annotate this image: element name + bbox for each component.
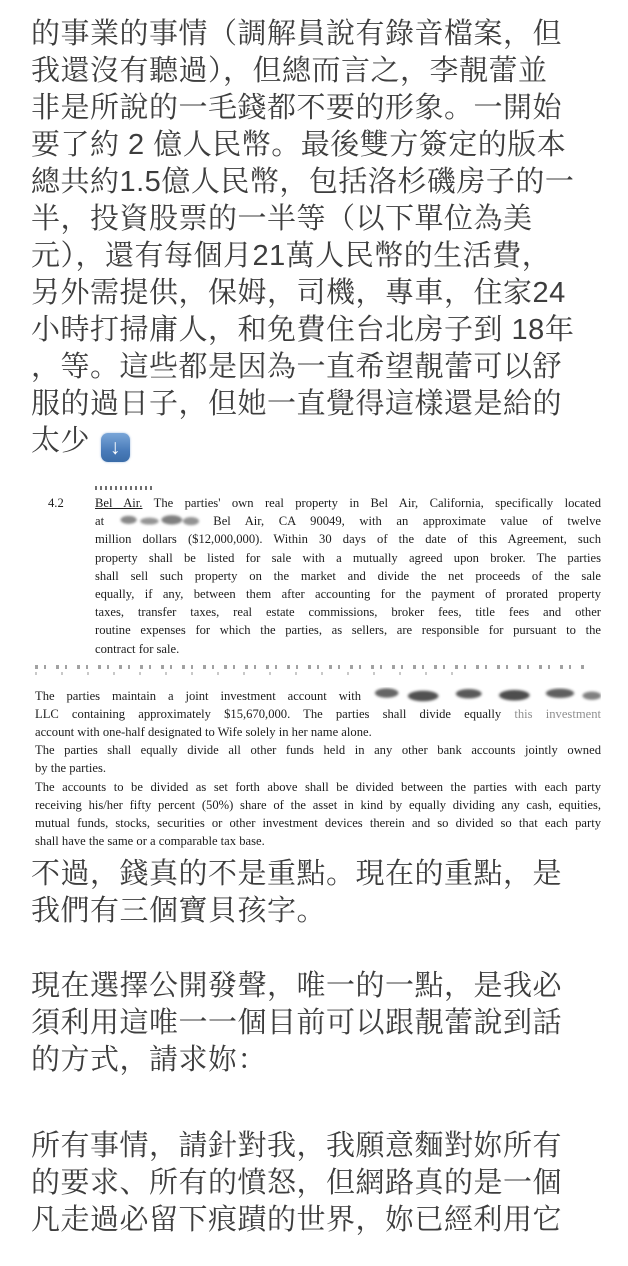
redacted-institution-blur	[373, 687, 601, 702]
doc-line-text-faded: this investment	[514, 707, 601, 721]
cropped-text-artifact-top	[95, 486, 155, 490]
doc-line: taxes, transfer taxes, real estate commi…	[95, 603, 601, 621]
clause-4-2-bel-air: 4.2 Bel Air. The parties' own real prope…	[95, 494, 601, 658]
doc-line: million dollars ($12,000,000). Within 30…	[95, 530, 601, 548]
post-paragraph-money-text: 的事業的事情（調解員說有錄音檔案，但 我還沒有聽過），但總而言之，李靚蕾並 非是…	[31, 18, 574, 457]
cropped-text-artifact-faint	[35, 672, 455, 675]
doc-line: equally, if any, between them after acco…	[95, 585, 601, 603]
doc-line-text: The parties maintain a joint investment …	[35, 689, 361, 703]
doc-line: property shall be listed for sale with a…	[95, 549, 601, 567]
cropped-text-artifact-middle	[35, 665, 590, 669]
clause-number: 4.2	[48, 494, 64, 512]
clause-investment-accounts: The parties maintain a joint investment …	[35, 687, 601, 851]
doc-line-text: at	[95, 514, 119, 528]
doc-line: routine expenses for which the parties, …	[95, 621, 601, 639]
doc-line-text: The parties' own real property in Bel Ai…	[142, 496, 601, 510]
doc-line-text: LLC containing approximately $15,670,000…	[35, 707, 514, 721]
doc-line: account with one-half designated to Wife…	[35, 723, 601, 741]
post-paragraph-point: 不過，錢真的不是重點。現在的重點，是 我們有三個寶貝孩字。	[31, 856, 606, 930]
post-paragraph-public: 現在選擇公開發聲，唯一的一點，是我必 須利用這唯一一個目前可以跟靚蕾說到話 的方…	[31, 968, 606, 1079]
down-arrow-glyph: ↓	[110, 437, 121, 458]
doc-line: The parties maintain a joint investment …	[35, 687, 601, 705]
post-paragraph-money: 的事業的事情（調解員說有錄音檔案，但 我還沒有聽過），但總而言之，李靚蕾並 非是…	[31, 0, 606, 462]
doc-line: shall have the same or a comparable tax …	[35, 832, 601, 850]
redacted-address-blur	[119, 514, 199, 527]
clause-heading: Bel Air.	[95, 496, 142, 510]
doc-line: contract for sale.	[95, 640, 601, 658]
down-arrow-emoji: ↓	[101, 433, 130, 462]
doc-line: by the parties.	[35, 759, 601, 777]
doc-line-text: Bel Air, CA 90049, with an approximate v…	[199, 514, 601, 528]
legal-document-excerpt: 4.2 Bel Air. The parties' own real prope…	[35, 486, 605, 850]
doc-line: The accounts to be divided as set forth …	[35, 778, 601, 796]
doc-line: receiving his/her fifty percent (50%) sh…	[35, 796, 601, 814]
doc-line: The parties shall equally divide all oth…	[35, 741, 601, 759]
doc-line: LLC containing approximately $15,670,000…	[35, 705, 601, 723]
doc-line: Bel Air. The parties' own real property …	[95, 494, 601, 512]
post-paragraph-plea: 所有事情，請針對我，我願意麵對妳所有 的要求、所有的憤怒，但網路真的是一個 凡走…	[31, 1128, 606, 1239]
doc-line: at Bel Air, CA 90049, with an approximat…	[95, 512, 601, 530]
doc-line: shall sell such property on the market a…	[95, 567, 601, 585]
doc-line: mutual funds, stocks, securities or othe…	[35, 814, 601, 832]
